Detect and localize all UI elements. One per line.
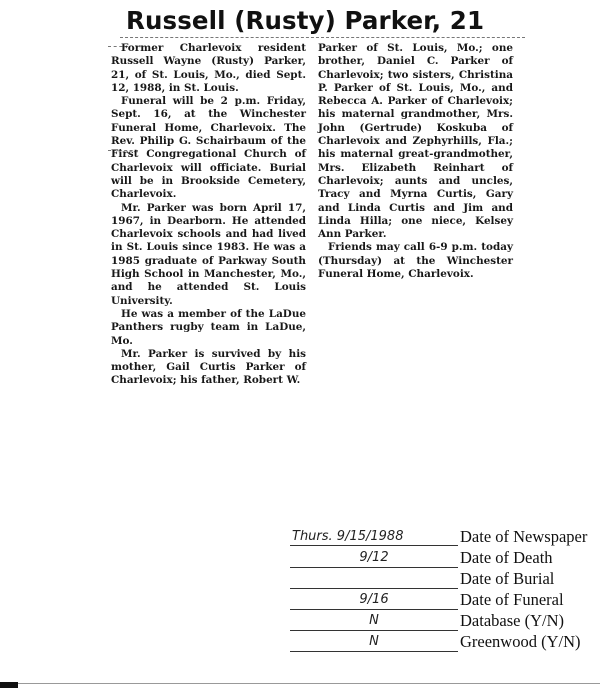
obituary-column-left: Former Charlevoix resident Russell Wayne… [111, 42, 306, 388]
clipping-cut-line-top [120, 37, 525, 38]
form-row-date-of-burial: Date of Burial [290, 568, 600, 589]
form-row-database: N Database (Y/N) [290, 610, 600, 631]
greenwood-label: Greenwood (Y/N) [460, 631, 581, 653]
form-row-date-of-death: 9/12 Date of Death [290, 547, 600, 568]
date-of-burial-label: Date of Burial [460, 568, 554, 590]
date-of-funeral-field[interactable]: 9/16 [290, 589, 458, 610]
database-label: Database (Y/N) [460, 610, 564, 632]
obituary-paragraph: Friends may call 6-9 p.m. today (Thursda… [318, 241, 513, 281]
newspaper-clipping: Russell (Rusty) Parker, 21 Former Charle… [108, 0, 528, 380]
record-form: Thurs. 9/15/1988 Date of Newspaper 9/12 … [290, 526, 600, 652]
date-of-death-label: Date of Death [460, 547, 553, 569]
obituary-paragraph: Former Charlevoix resident Russell Wayne… [111, 42, 306, 95]
obituary-paragraph: Mr. Parker is survived by his mother, Ga… [111, 348, 306, 388]
greenwood-field[interactable]: N [290, 631, 458, 652]
scan-corner-mark [0, 682, 18, 688]
date-of-funeral-label: Date of Funeral [460, 589, 564, 611]
date-of-newspaper-field[interactable]: Thurs. 9/15/1988 [290, 526, 458, 546]
obituary-column-right: Parker of St. Louis, Mo.; one brother, D… [318, 42, 513, 281]
form-row-date-of-funeral: 9/16 Date of Funeral [290, 589, 600, 610]
page-bottom-edge [0, 683, 600, 684]
obituary-paragraph: Mr. Parker was born April 17, 1967, in D… [111, 202, 306, 308]
obituary-paragraph: He was a member of the LaDue Panthers ru… [111, 308, 306, 348]
date-of-death-field[interactable]: 9/12 [290, 547, 458, 568]
form-row-greenwood: N Greenwood (Y/N) [290, 631, 600, 652]
form-row-date-of-newspaper: Thurs. 9/15/1988 Date of Newspaper [290, 526, 600, 547]
obituary-headline: Russell (Rusty) Parker, 21 [126, 6, 526, 35]
obituary-paragraph: Funeral will be 2 p.m. Friday, Sept. 16,… [111, 95, 306, 201]
date-of-burial-field[interactable] [290, 568, 458, 589]
obituary-paragraph: Parker of St. Louis, Mo.; one brother, D… [318, 42, 513, 241]
date-of-newspaper-label: Date of Newspaper [460, 526, 587, 548]
database-field[interactable]: N [290, 610, 458, 631]
